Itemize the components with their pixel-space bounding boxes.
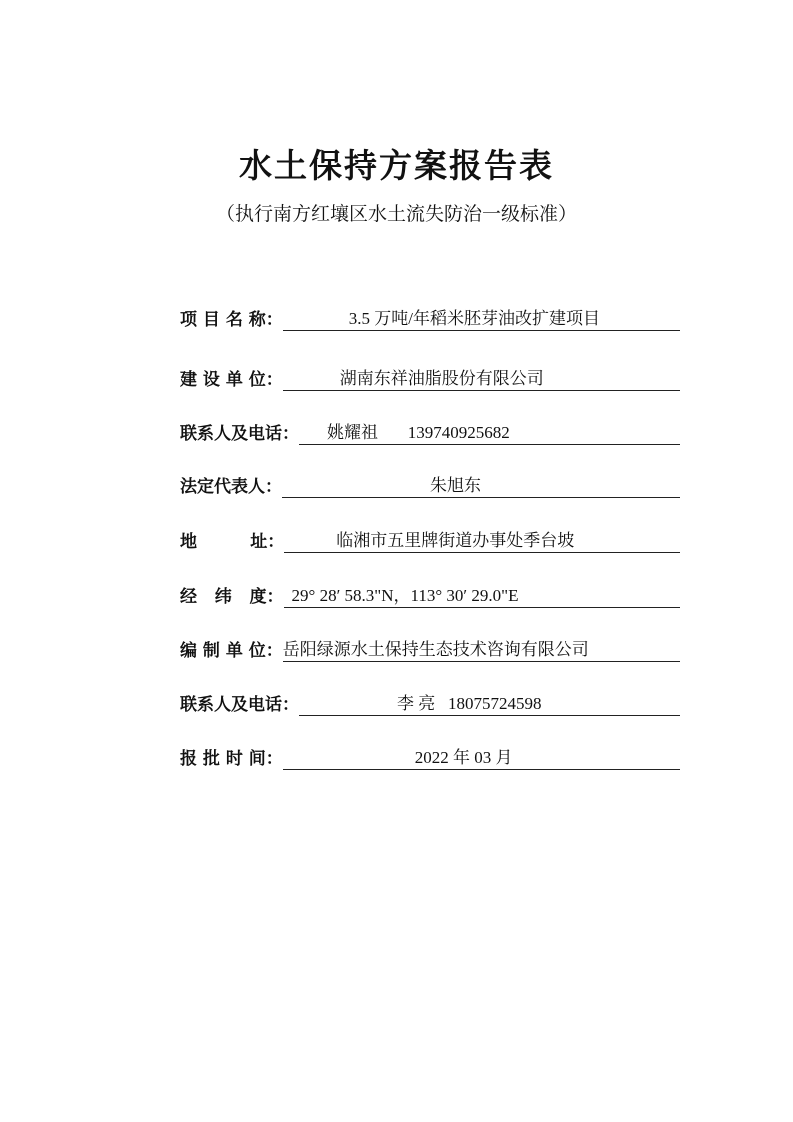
- field-address: 地 址： 临湘市五里牌街道办事处季台坡: [180, 523, 680, 553]
- field-value: 姚耀祖 13974092568​2: [327, 423, 510, 443]
- field-label: 报 批 时 间：: [180, 748, 283, 770]
- field-construction-unit: 建 设 单 位： 湖南东祥油脂股份有限公司: [180, 361, 680, 391]
- field-contact-1: 联系人及电话： 姚耀祖 13974092568​2: [180, 415, 680, 445]
- field-label: 联系人及电话：: [180, 423, 299, 445]
- field-value: 临湘市五里牌街道办事处季台坡: [336, 531, 574, 551]
- field-approval-time: 报 批 时 间： 2022 年 03 月: [180, 740, 680, 770]
- field-coordinates: 经 纬 度： 29° 28′ 58.3"N，113° 30′ 29.0"E: [180, 578, 680, 608]
- field-label: 项 目 名 称：: [180, 309, 283, 331]
- field-label: 地 址：: [180, 531, 284, 553]
- field-compiling-unit: 编 制 单 位： 岳阳绿源水土保持生态技术咨询有限公司: [180, 632, 680, 662]
- field-value: 湖南东祥油脂股份有限公司: [340, 369, 544, 389]
- field-value: 岳阳绿源水土保持生态技术咨询有限公司: [283, 640, 589, 660]
- field-project-name: 项 目 名 称： 3.5 万吨/年稻米胚芽油改扩建项目: [180, 301, 680, 331]
- field-legal-representative: 法定代表人： 朱旭东: [180, 468, 680, 498]
- field-line: 湖南东祥油脂股份有限公司: [283, 368, 680, 391]
- field-value: 2022 年 03 月: [415, 748, 513, 768]
- field-line: 3.5 万吨/年稻米胚芽油改扩建项目: [283, 308, 680, 331]
- field-label: 联系人及电话：: [180, 694, 299, 716]
- field-line: 临湘市五里牌街道办事处季台坡: [284, 530, 680, 553]
- field-label: 经 纬 度：: [180, 586, 284, 608]
- field-value: 李 亮 18075724598: [397, 694, 542, 714]
- field-line: 李 亮 18075724598: [299, 693, 680, 716]
- field-line: 朱旭东: [282, 475, 680, 498]
- field-label: 编 制 单 位：: [180, 640, 283, 662]
- field-value: 29° 28′ 58.3"N，113° 30′ 29.0"E: [292, 586, 519, 606]
- field-value: 朱旭东: [430, 476, 481, 496]
- field-line: 岳阳绿源水土保持生态技术咨询有限公司: [283, 639, 680, 662]
- document-subtitle: （执行南方红壤区水土流失防治一级标准）: [0, 199, 793, 226]
- field-value: 3.5 万吨/年稻米胚芽油改扩建项目: [349, 309, 600, 329]
- field-label: 建 设 单 位：: [180, 369, 283, 391]
- field-contact-2: 联系人及电话： 李 亮 18075724598: [180, 686, 680, 716]
- field-line: 姚耀祖 13974092568​2: [299, 422, 680, 445]
- field-line: 2022 年 03 月: [283, 747, 680, 770]
- field-line: 29° 28′ 58.3"N，113° 30′ 29.0"E: [284, 585, 680, 608]
- field-label: 法定代表人：: [180, 476, 282, 498]
- document-title: 水土保持方案报告表: [0, 140, 793, 187]
